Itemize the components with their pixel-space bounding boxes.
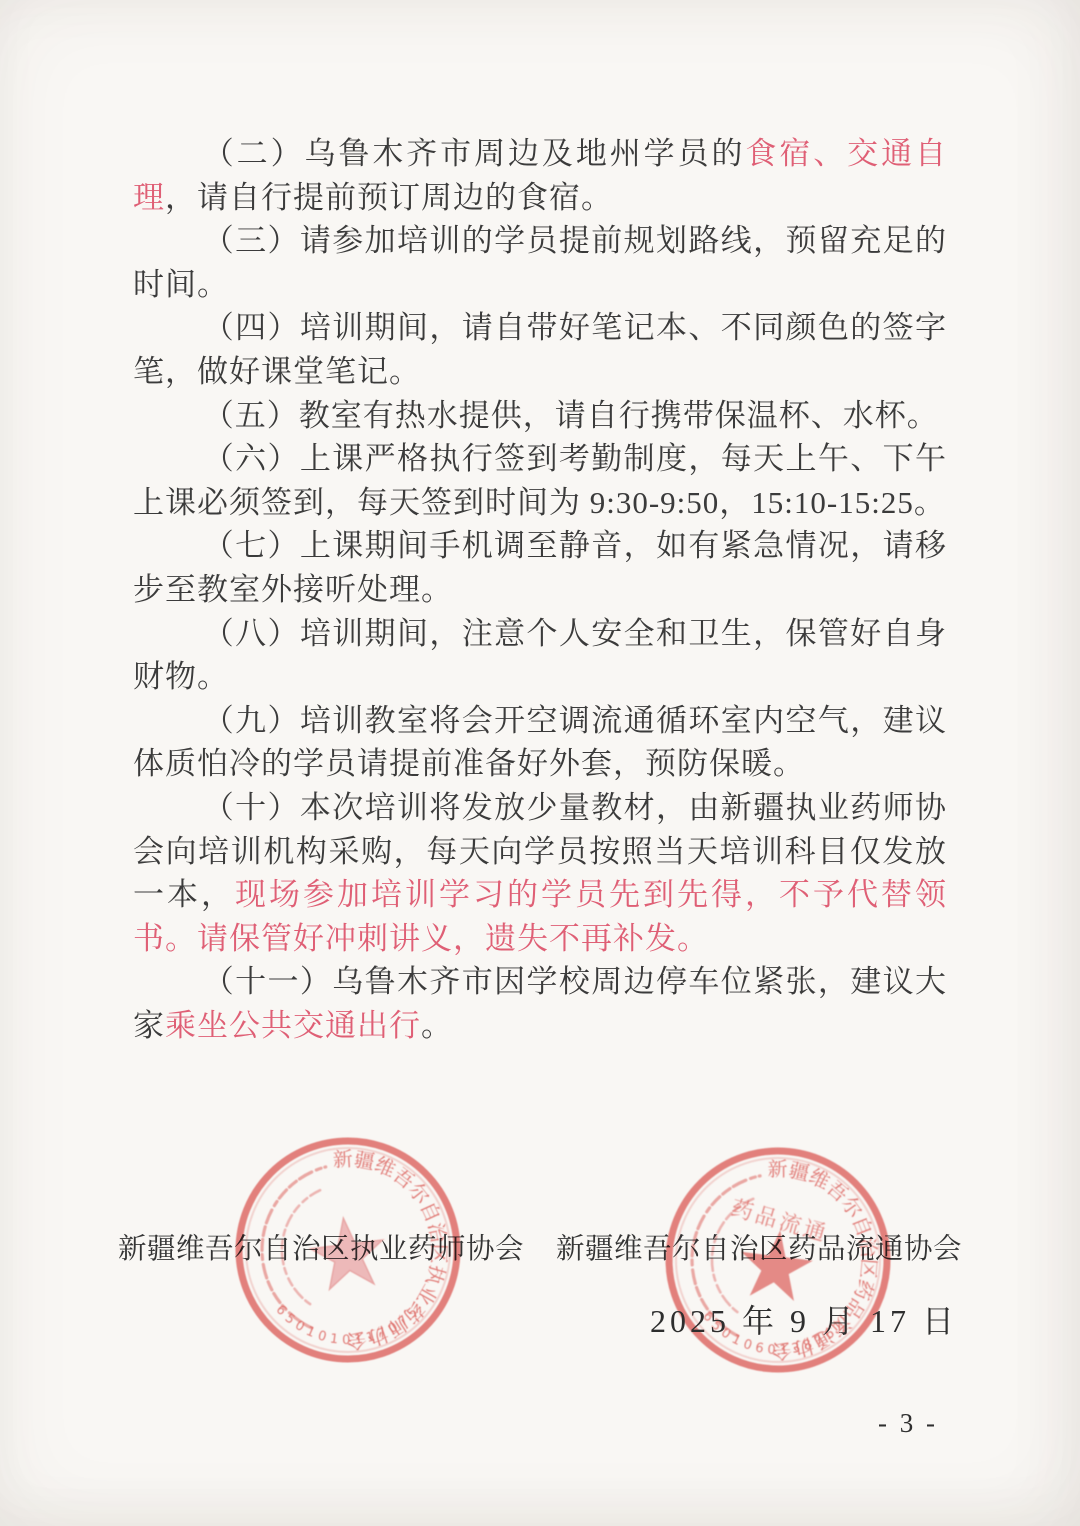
text-segment: 。 <box>421 1008 453 1043</box>
paragraph: （八）培训期间，注意个人安全和卫生，保管好自身财物。 <box>133 612 947 699</box>
text-segment: 现场参加培训学习的学员先到先得，不予代替领书。请保管好冲刺讲义，遗失不再补发。 <box>133 877 947 956</box>
text-segment: （六）上课严格执行签到考勤制度，每天上午、下午上课必须签到，每天签到时间为 9:… <box>133 441 947 520</box>
paragraph: （二）乌鲁木齐市周边及地州学员的食宿、交通自理，请自行提前预订周边的食宿。 <box>133 132 947 219</box>
text-segment: （四）培训期间，请自带好笔记本、不同颜色的签字笔，做好课堂笔记。 <box>133 310 947 389</box>
text-segment: （三）请参加培训的学员提前规划路线，预留充足的时间。 <box>133 223 947 302</box>
document-body: （二）乌鲁木齐市周边及地州学员的食宿、交通自理，请自行提前预订周边的食宿。（三）… <box>133 132 947 1047</box>
paragraph: （六）上课严格执行签到考勤制度，每天上午、下午上课必须签到，每天签到时间为 9:… <box>133 437 947 524</box>
issue-date: 2025 年 9 月 17 日 <box>650 1296 958 1342</box>
star-icon <box>308 1214 388 1291</box>
paragraph: （五）教室有热水提供，请自行携带保温杯、水杯。 <box>133 394 947 438</box>
seal-left: 新疆维吾尔自治区执业药师协会 6501010117075 <box>228 1130 468 1370</box>
text-segment: （五）教室有热水提供，请自行携带保温杯、水杯。 <box>203 398 939 433</box>
seal-right: 新疆维吾尔自治区药品流通协会 药品流通 6501060138762 <box>652 1134 904 1386</box>
document-page: （二）乌鲁木齐市周边及地州学员的食宿、交通自理，请自行提前预订周边的食宿。（三）… <box>0 0 1080 1526</box>
paragraph: （九）培训教室将会开空调流通循环室内空气，建议体质怕冷的学员请提前准备好外套，预… <box>133 699 947 786</box>
text-segment: （七）上课期间手机调至静音，如有紧急情况，请移步至教室外接听处理。 <box>133 528 947 607</box>
text-segment: （二）乌鲁木齐市周边及地州学员的 <box>203 136 746 171</box>
paragraph: （四）培训期间，请自带好笔记本、不同颜色的签字笔，做好课堂笔记。 <box>133 306 947 393</box>
uyghur-script-arc <box>282 1190 320 1304</box>
paragraph: （十一）乌鲁木齐市因学校周边停车位紧张，建议大家乘坐公共交通出行。 <box>133 960 947 1047</box>
text-segment: （九）培训教室将会开空调流通循环室内空气，建议体质怕冷的学员请提前准备好外套，预… <box>133 703 947 782</box>
paragraph: （三）请参加培训的学员提前规划路线，预留充足的时间。 <box>133 219 947 306</box>
text-segment: 乘坐公共交通出行 <box>165 1008 421 1043</box>
text-segment: ，请自行提前预订周边的食宿。 <box>165 180 613 215</box>
paragraph: （七）上课期间手机调至静音，如有紧急情况，请移步至教室外接听处理。 <box>133 524 947 611</box>
paragraph: （十）本次培训将发放少量教材，由新疆执业药师协会向培训机构采购，每天向学员按照当… <box>133 786 947 960</box>
page-number: - 3 - <box>878 1408 938 1439</box>
text-segment: （八）培训期间，注意个人安全和卫生，保管好自身财物。 <box>133 616 947 695</box>
